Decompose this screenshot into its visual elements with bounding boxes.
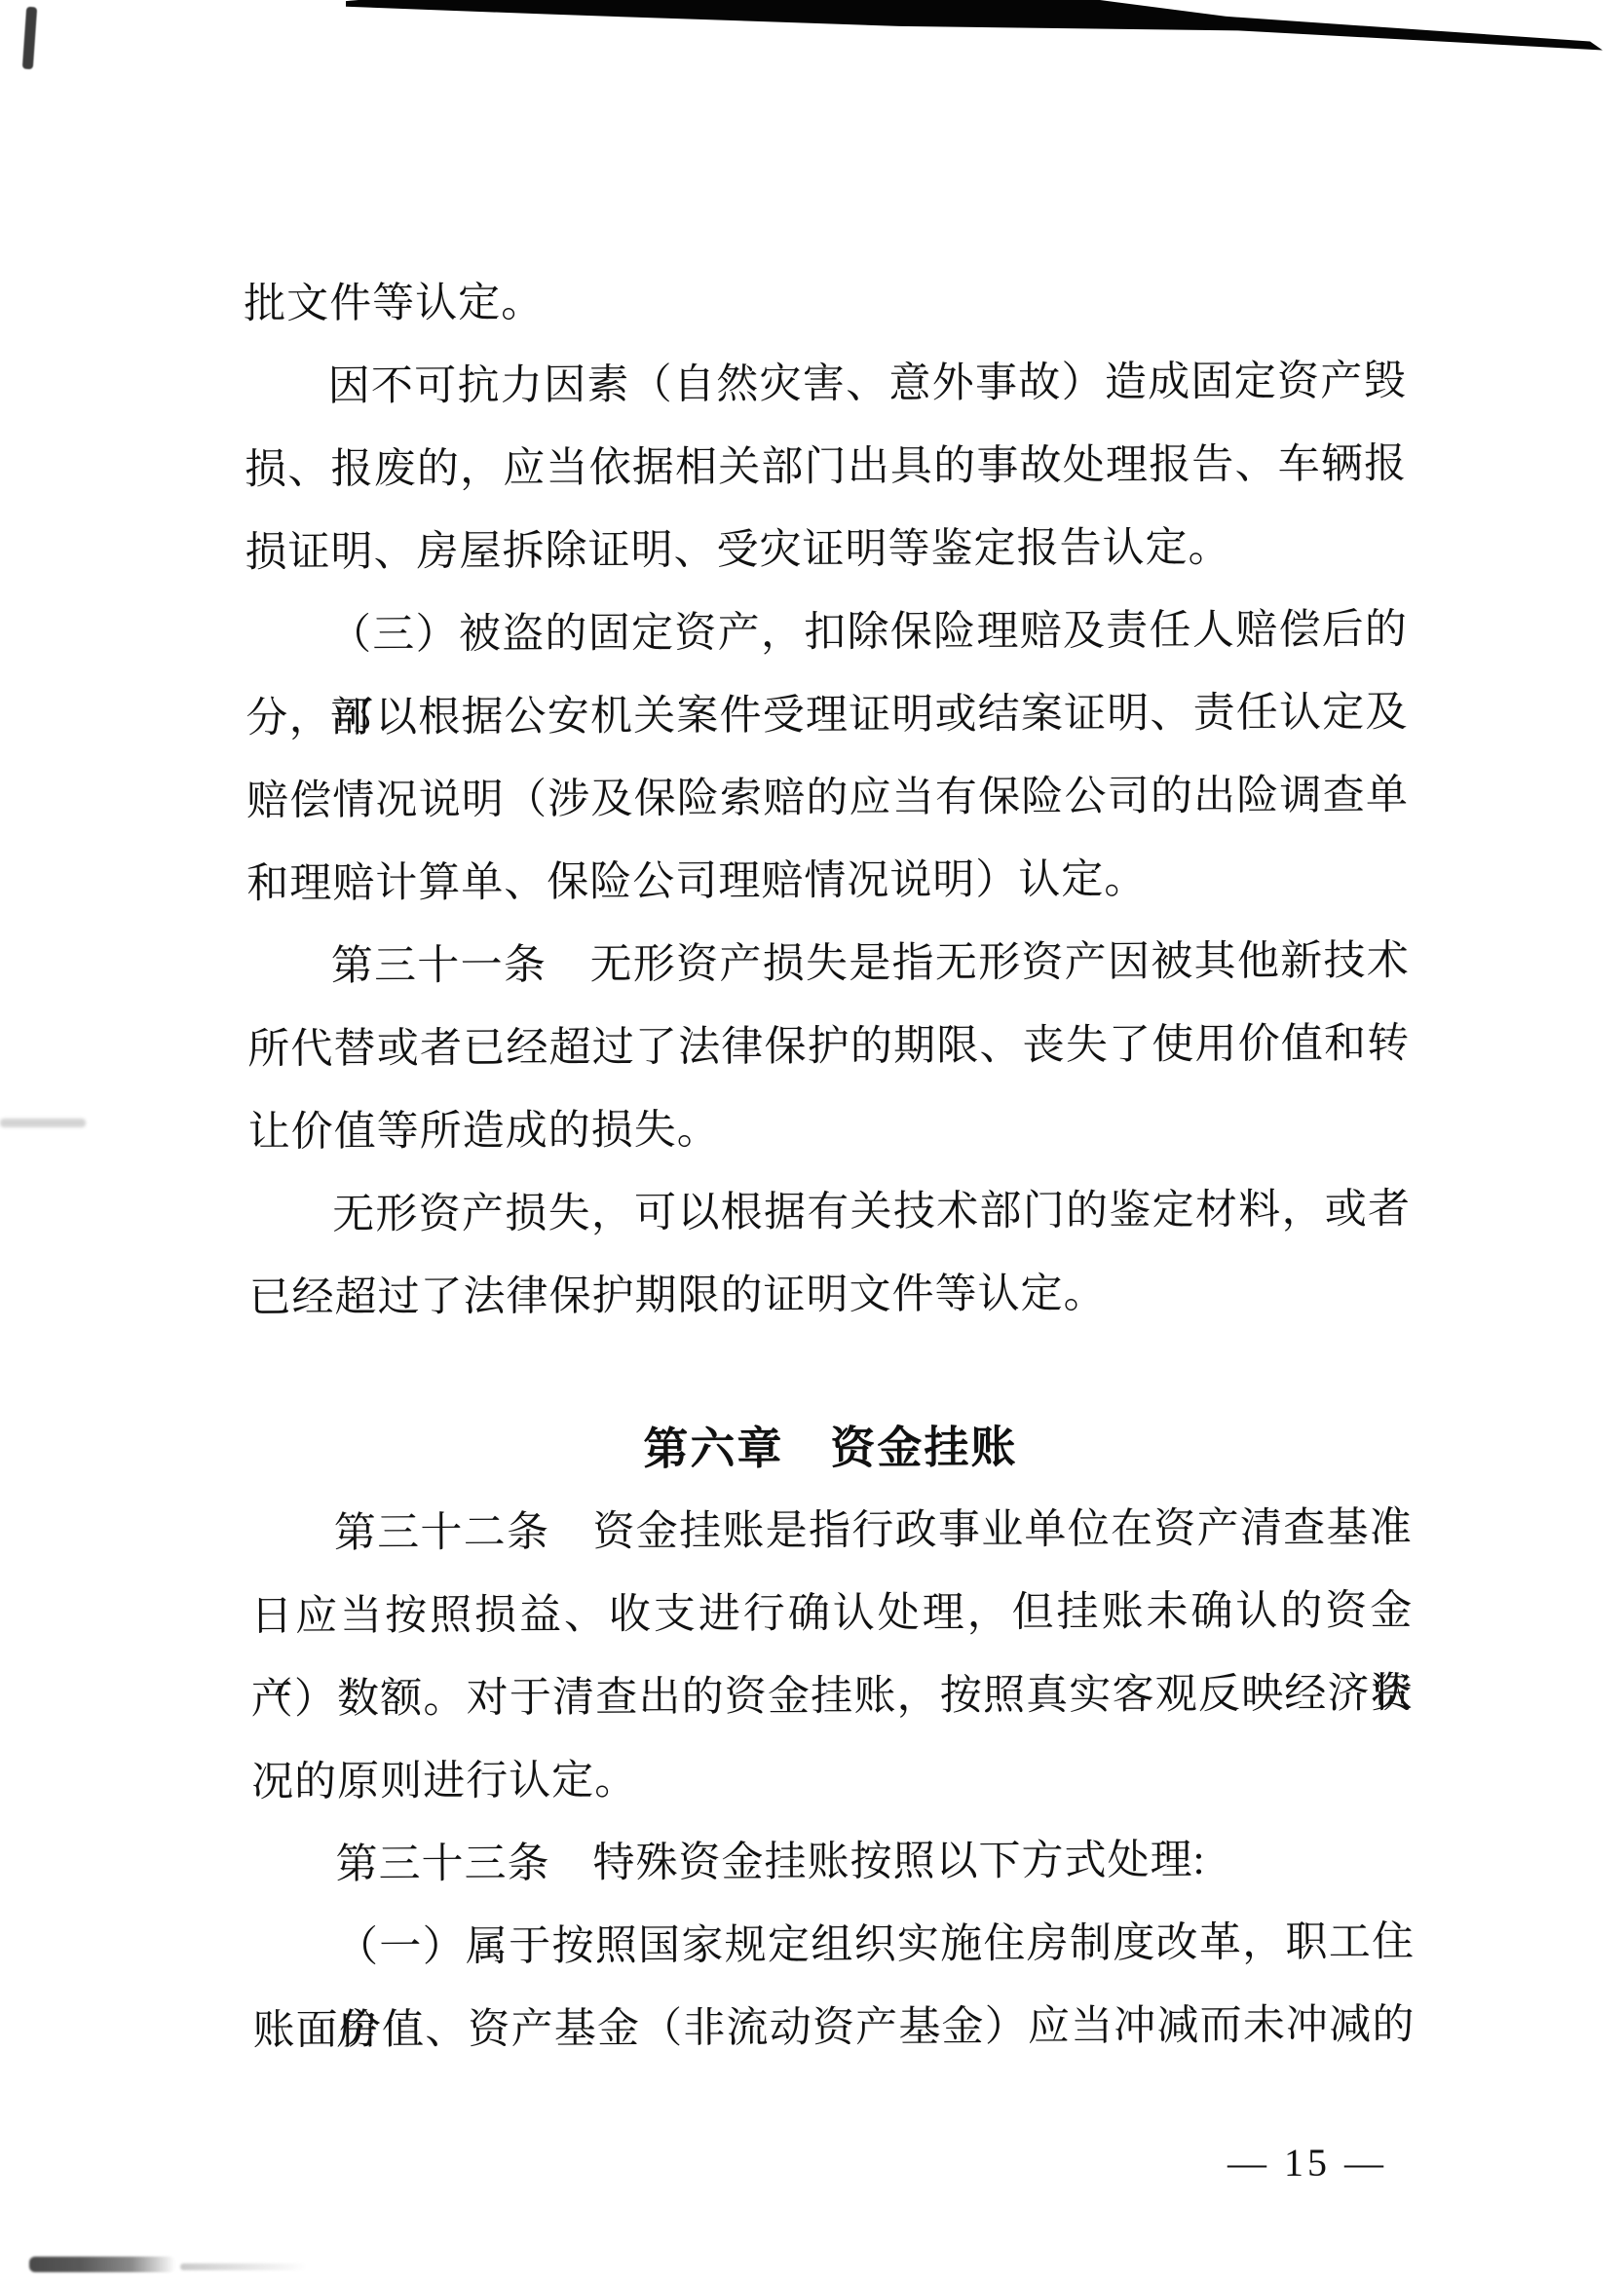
text-line: 第三十一条 无形资产损失是指无形资产因被其他新技术 [247,920,1409,1008]
text-line: 产）数额。对于清查出的资金挂账，按照真实客观反映经济状 [250,1652,1412,1741]
text-line: 赔偿情况说明（涉及保险索赔的应当有保险公司的出险调查单 [246,754,1408,843]
page-number: — 15 — [1220,2140,1395,2185]
text-line: 损、报废的，应当依据相关部门出具的事故处理报告、车辆报 [245,423,1406,512]
text-line: （一）属于按照国家规定组织实施住房制度改革，职工住房 [252,1901,1414,1990]
text-line: 账面价值、资产基金（非流动资产基金）应当冲减而未冲减的 [252,1984,1414,2072]
chapter-heading: 第六章 资金挂账 [249,1404,1411,1493]
text-line: 无形资产损失，可以根据有关技术部门的鉴定材料，或者 [248,1168,1410,1257]
text-line: 第三十三条 特殊资金挂账按照以下方式处理: [251,1818,1413,1907]
text-line: 所代替或者已经超过了法律保护的期限、丧失了使用价值和转 [247,1003,1409,1091]
text-line: 第三十二条 资金挂账是指行政事业单位在资产清查基准 [250,1487,1412,1576]
scan-artifact-bottom-left-smudge-faint [180,2263,321,2270]
text-line: 因不可抗力因素（自然灾害、意外事故）造成固定资产毁 [244,340,1405,429]
scan-artifact-top-streak [346,0,1603,55]
document-body: 批文件等认定。 因不可抗力因素（自然灾害、意外事故）造成固定资产毁 损、报废的，… [244,257,1415,2072]
text-line: （三）被盗的固定资产，扣除保险理赔及责任人赔偿后的部 [245,589,1407,677]
scan-artifact-top-left-mark [22,7,37,70]
text-line: 和理赔计算单、保险公司理赔情况说明）认定。 [246,837,1408,926]
scan-artifact-bottom-left-smudge [29,2257,175,2272]
scan-artifact-left-streak [0,1119,86,1127]
text-line: 批文件等认定。 [244,257,1405,346]
text-line: 已经超过了法律保护期限的证明文件等认定。 [248,1251,1410,1340]
text-line: 分，可以根据公安机关案件受理证明或结案证明、责任认定及 [245,671,1407,760]
scanned-document-page: 批文件等认定。 因不可抗力因素（自然灾害、意外事故）造成固定资产毁 损、报废的，… [0,0,1624,2279]
text-line: 让价值等所造成的损失。 [247,1085,1409,1174]
text-line: 损证明、房屋拆除证明、受灾证明等鉴定报告认定。 [245,506,1406,594]
text-line: 况的原则进行认定。 [251,1735,1413,1824]
text-line: 日应当按照损益、收支进行确认处理，但挂账未确认的资金（资 [250,1570,1412,1658]
